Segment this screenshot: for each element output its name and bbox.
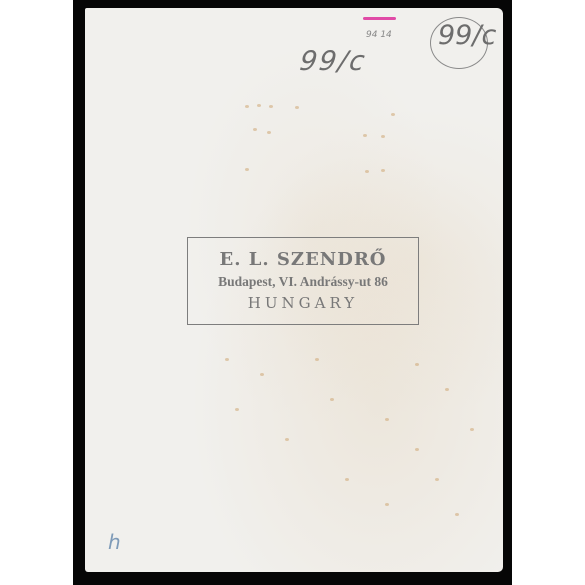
- handwritten-initial: h: [108, 530, 121, 554]
- stamp-country: HUNGARY: [248, 292, 358, 314]
- pink-marker-line: [363, 17, 396, 20]
- handwritten-circled-number: 99/c: [438, 20, 496, 51]
- stamp-name: E. L. SZENDRŐ: [219, 249, 386, 271]
- handwritten-catalog-number: 99/c: [298, 46, 369, 77]
- photographer-stamp: E. L. SZENDRŐ Budapest, VI. Andrássy-ut …: [187, 237, 419, 325]
- stamp-address: Budapest, VI. Andrássy-ut 86: [218, 271, 388, 292]
- handwritten-small-note: 94 14: [366, 30, 392, 40]
